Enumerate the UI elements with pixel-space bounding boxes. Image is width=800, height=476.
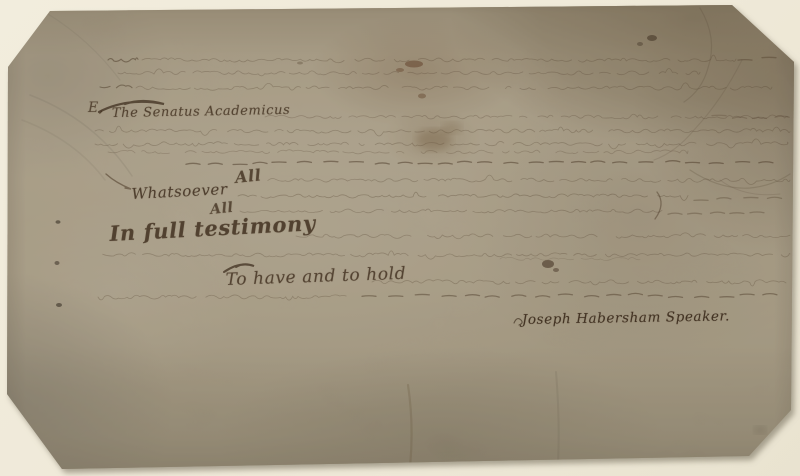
faded-script-line-2 — [118, 68, 700, 75]
flourish-mark-1 — [106, 174, 131, 189]
faded-script-line-1 — [142, 55, 736, 63]
mat-background: E,The Senatus AcademicusAllWhatsoeverAll… — [0, 0, 800, 476]
faded-script-line-3 — [100, 85, 132, 88]
faded-script-line-4 — [136, 83, 772, 90]
faded-script-line-0 — [108, 58, 138, 62]
flourish-mark-6 — [22, 120, 105, 180]
faded-script-line-12 — [296, 233, 790, 239]
faded-script-line-14 — [500, 257, 640, 260]
ink-spot-6 — [418, 94, 426, 99]
phrase-senatus-academicus: The Senatus Academicus — [112, 104, 291, 120]
phrase-all-1: All — [234, 167, 262, 186]
ink-spot-11 — [56, 303, 62, 307]
flourish-mark-13 — [556, 372, 559, 464]
dash-fill-row-3 — [694, 197, 782, 200]
ink-spot-12 — [297, 62, 303, 65]
ink-spot-3 — [553, 268, 559, 272]
ink-spot-0 — [647, 35, 657, 41]
faded-script-line-9 — [268, 175, 790, 184]
ink-spot-1 — [637, 42, 643, 46]
flourish-mark-12 — [408, 385, 412, 467]
phrase-marginal-initial: E, — [88, 101, 104, 115]
ink-spot-2 — [542, 260, 554, 268]
flourish-mark-8 — [684, 8, 712, 102]
dash-fill-row-4 — [668, 212, 764, 214]
faded-script-line-8 — [108, 150, 688, 154]
ink-spot-9 — [56, 220, 61, 224]
faded-script-line-15 — [372, 280, 786, 286]
flourish-mark-7 — [48, 14, 120, 80]
ink-spot-10 — [55, 261, 60, 265]
flourish-mark-11 — [720, 180, 780, 195]
faded-script-line-13 — [103, 251, 790, 259]
ink-spot-13 — [754, 426, 766, 434]
dash-fill-row-2 — [186, 161, 773, 165]
ink-spot-4 — [405, 61, 423, 68]
ink-spot-8 — [442, 122, 462, 134]
faded-script-line-5 — [265, 114, 788, 119]
faded-script-line-10 — [238, 192, 688, 200]
ink-spot-5 — [396, 68, 404, 72]
parchment-shadow: E,The Senatus AcademicusAllWhatsoeverAll… — [0, 0, 800, 476]
parchment-sheet: E,The Senatus AcademicusAllWhatsoeverAll… — [0, 0, 800, 476]
dash-fill-row-0 — [738, 57, 776, 60]
faded-script-line-16 — [98, 295, 346, 300]
dash-fill-row-5 — [362, 293, 777, 297]
